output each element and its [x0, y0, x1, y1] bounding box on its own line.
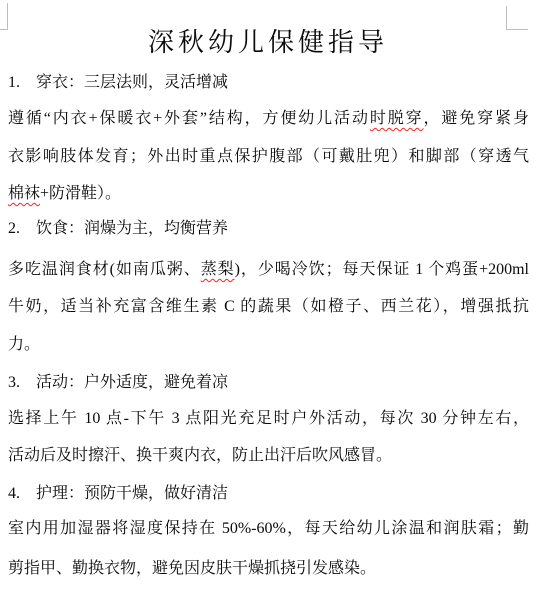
section-heading-2[interactable]: 2.饮食：润燥为主，均衡营养: [8, 218, 228, 240]
text-segment: 室内用加湿器将湿度保持在 50%-60%，每天给幼儿涂温和润肤霜；勤: [8, 520, 529, 537]
paragraph-line[interactable]: 棉袜+防滑鞋）。: [8, 183, 529, 205]
text-segment: 力。: [8, 336, 40, 353]
text-segment: 剪指甲、勤换衣物，避免因皮肤干燥抓挠引发感染。: [8, 560, 376, 577]
text-segment: 衣影响肢体发育；外出时重点保护腹部（可戴肚兜）和脚部（穿透气: [8, 148, 529, 165]
text-segment: 选择上午 10 点-下午 3 点阳光充足时户外活动，每次 30 分钟左右，: [8, 410, 529, 427]
paragraph-line[interactable]: 室内用加湿器将湿度保持在 50%-60%，每天给幼儿涂温和润肤霜；勤: [8, 518, 529, 540]
paragraph-line[interactable]: 选择上午 10 点-下午 3 点阳光充足时户外活动，每次 30 分钟左右，: [8, 408, 529, 430]
paragraph-line[interactable]: 活动后及时擦汗、换干爽内衣，防止出汗后吹风感冒。: [8, 445, 529, 467]
text-segment: 多吃温润食材(如南瓜粥、: [8, 261, 201, 278]
paragraph-line[interactable]: 力。: [8, 334, 529, 356]
section-number: 1.: [8, 72, 20, 94]
text-segment: 牛奶，适当补充富含维生素 C 的蔬果（如橙子、西兰花），增强抵抗: [8, 298, 529, 315]
paragraph-line[interactable]: 衣影响肢体发育；外出时重点保护腹部（可戴肚兜）和脚部（穿透气: [8, 146, 529, 168]
spellcheck-underlined-text: 时脱穿: [370, 110, 424, 127]
paragraph-line[interactable]: 牛奶，适当补充富含维生素 C 的蔬果（如橙子、西兰花），增强抵抗: [8, 296, 529, 318]
section-heading-1[interactable]: 1.穿衣：三层法则，灵活增减: [8, 72, 228, 94]
paragraph-line[interactable]: 遵循“内衣+保暖衣+外套”结构，方便幼儿活动时脱穿，避免穿紧身: [8, 108, 529, 130]
paragraph-line[interactable]: 多吃温润食材(如南瓜粥、蒸梨)，少喝冷饮；每天保证 1 个鸡蛋+200ml: [8, 259, 529, 281]
text-segment: ，避免穿紧身: [424, 110, 529, 127]
text-segment: 活动后及时擦汗、换干爽内衣，防止出汗后吹风感冒。: [8, 447, 392, 464]
section-heading-text: 护理：预防干燥，做好清洁: [36, 485, 228, 502]
section-number: 2.: [8, 218, 20, 240]
section-heading-4[interactable]: 4.护理：预防干燥，做好清洁: [8, 483, 228, 505]
section-heading-text: 活动：户外适度，避免着凉: [36, 374, 228, 391]
section-number: 3.: [8, 372, 20, 394]
document-title[interactable]: 深秋幼儿保健指导: [0, 26, 536, 60]
spellcheck-underlined-text: 蒸梨: [201, 261, 235, 278]
text-segment: +防滑鞋）。: [40, 185, 121, 202]
section-number: 4.: [8, 483, 20, 505]
text-segment: 遵循“内衣+保暖衣+外套”结构，方便幼儿活动: [8, 110, 370, 127]
section-heading-text: 穿衣：三层法则，灵活增减: [36, 74, 228, 91]
section-heading-text: 饮食：润燥为主，均衡营养: [36, 220, 228, 237]
document-page: 深秋幼儿保健指导 1.穿衣：三层法则，灵活增减 遵循“内衣+保暖衣+外套”结构，…: [0, 0, 536, 616]
text-segment: )，少喝冷饮；每天保证 1 个鸡蛋+200ml: [235, 261, 529, 278]
paragraph-line[interactable]: 剪指甲、勤换衣物，避免因皮肤干燥抓挠引发感染。: [8, 558, 529, 580]
section-heading-3[interactable]: 3.活动：户外适度，避免着凉: [8, 372, 228, 394]
spellcheck-underlined-text: 棉袜: [8, 185, 40, 202]
